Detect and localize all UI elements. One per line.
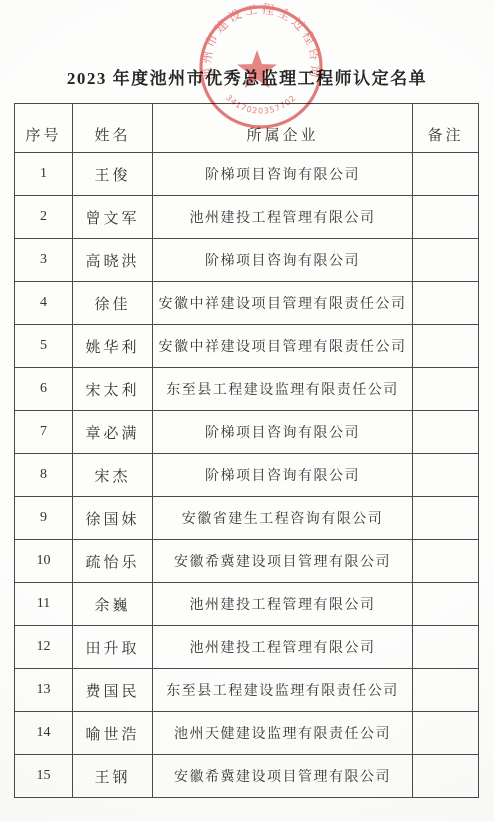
row-remark-cell (413, 669, 479, 712)
scanned-document-page: 2023 年度池州市优秀总监理工程师认定名单 池州市建设工程全过程咨询 3417… (0, 0, 494, 821)
table-row: 12田升取池州建投工程管理有限公司 (15, 626, 479, 669)
row-no-cell: 12 (15, 626, 73, 669)
row-name-cell: 疏怡乐 (73, 540, 153, 583)
row-company-cell: 阶梯项目咨询有限公司 (153, 153, 413, 196)
row-no-cell: 15 (15, 755, 73, 798)
table-row: 14喻世浩池州天健建设监理有限责任公司 (15, 712, 479, 755)
row-remark-cell (413, 282, 479, 325)
table-row: 7章必满阶梯项目咨询有限公司 (15, 411, 479, 454)
row-name-cell: 田升取 (73, 626, 153, 669)
roster-table: 序号 姓名 所属企业 备注 1王俊阶梯项目咨询有限公司2曾文军池州建投工程管理有… (14, 103, 479, 798)
row-remark-cell (413, 454, 479, 497)
row-name-cell: 徐佳 (73, 282, 153, 325)
row-company-cell: 安徽希冀建设项目管理有限公司 (153, 540, 413, 583)
row-name-cell: 宋太利 (73, 368, 153, 411)
row-name-cell: 曾文军 (73, 196, 153, 239)
row-no-cell: 13 (15, 669, 73, 712)
table-row: 4徐佳安徽中祥建设项目管理有限责任公司 (15, 282, 479, 325)
row-remark-cell (413, 755, 479, 798)
row-remark-cell (413, 497, 479, 540)
header-company: 所属企业 (153, 104, 413, 153)
row-no-cell: 5 (15, 325, 73, 368)
table-row: 13费国民东至县工程建设监理有限责任公司 (15, 669, 479, 712)
row-remark-cell (413, 712, 479, 755)
row-company-cell: 阶梯项目咨询有限公司 (153, 454, 413, 497)
row-no-cell: 14 (15, 712, 73, 755)
table-row: 10疏怡乐安徽希冀建设项目管理有限公司 (15, 540, 479, 583)
row-no-cell: 11 (15, 583, 73, 626)
row-remark-cell (413, 325, 479, 368)
header-row: 序号 姓名 所属企业 备注 (15, 104, 479, 153)
header-remark: 备注 (413, 104, 479, 153)
row-remark-cell (413, 196, 479, 239)
row-no-cell: 3 (15, 239, 73, 282)
row-company-cell: 池州建投工程管理有限公司 (153, 626, 413, 669)
row-remark-cell (413, 411, 479, 454)
row-name-cell: 余巍 (73, 583, 153, 626)
row-company-cell: 安徽中祥建设项目管理有限责任公司 (153, 325, 413, 368)
row-name-cell: 喻世浩 (73, 712, 153, 755)
table-row: 8宋杰阶梯项目咨询有限公司 (15, 454, 479, 497)
row-remark-cell (413, 540, 479, 583)
row-remark-cell (413, 368, 479, 411)
row-company-cell: 池州建投工程管理有限公司 (153, 583, 413, 626)
table-row: 3高晓洪阶梯项目咨询有限公司 (15, 239, 479, 282)
table-row: 5姚华利安徽中祥建设项目管理有限责任公司 (15, 325, 479, 368)
row-company-cell: 安徽省建生工程咨询有限公司 (153, 497, 413, 540)
page-title: 2023 年度池州市优秀总监理工程师认定名单 (0, 64, 494, 89)
row-company-cell: 安徽希冀建设项目管理有限公司 (153, 755, 413, 798)
row-name-cell: 宋杰 (73, 454, 153, 497)
row-no-cell: 10 (15, 540, 73, 583)
row-remark-cell (413, 626, 479, 669)
header-no: 序号 (15, 104, 73, 153)
row-company-cell: 池州建投工程管理有限公司 (153, 196, 413, 239)
row-company-cell: 东至县工程建设监理有限责任公司 (153, 669, 413, 712)
row-name-cell: 章必满 (73, 411, 153, 454)
row-no-cell: 6 (15, 368, 73, 411)
row-no-cell: 7 (15, 411, 73, 454)
table-row: 1王俊阶梯项目咨询有限公司 (15, 153, 479, 196)
row-remark-cell (413, 583, 479, 626)
row-no-cell: 1 (15, 153, 73, 196)
row-company-cell: 东至县工程建设监理有限责任公司 (153, 368, 413, 411)
row-name-cell: 费国民 (73, 669, 153, 712)
table-row: 9徐国妹安徽省建生工程咨询有限公司 (15, 497, 479, 540)
table-row: 6宋太利东至县工程建设监理有限责任公司 (15, 368, 479, 411)
row-name-cell: 王俊 (73, 153, 153, 196)
table-row: 11余巍池州建投工程管理有限公司 (15, 583, 479, 626)
table-body: 1王俊阶梯项目咨询有限公司2曾文军池州建投工程管理有限公司3高晓洪阶梯项目咨询有… (15, 153, 479, 798)
row-remark-cell (413, 239, 479, 282)
row-name-cell: 王钢 (73, 755, 153, 798)
row-no-cell: 2 (15, 196, 73, 239)
row-name-cell: 徐国妹 (73, 497, 153, 540)
row-no-cell: 8 (15, 454, 73, 497)
row-name-cell: 姚华利 (73, 325, 153, 368)
table-row: 2曾文军池州建投工程管理有限公司 (15, 196, 479, 239)
table-row: 15王钢安徽希冀建设项目管理有限公司 (15, 755, 479, 798)
header-name: 姓名 (73, 104, 153, 153)
row-no-cell: 9 (15, 497, 73, 540)
row-company-cell: 阶梯项目咨询有限公司 (153, 239, 413, 282)
row-company-cell: 池州天健建设监理有限责任公司 (153, 712, 413, 755)
row-company-cell: 安徽中祥建设项目管理有限责任公司 (153, 282, 413, 325)
row-company-cell: 阶梯项目咨询有限公司 (153, 411, 413, 454)
row-name-cell: 高晓洪 (73, 239, 153, 282)
row-remark-cell (413, 153, 479, 196)
row-no-cell: 4 (15, 282, 73, 325)
